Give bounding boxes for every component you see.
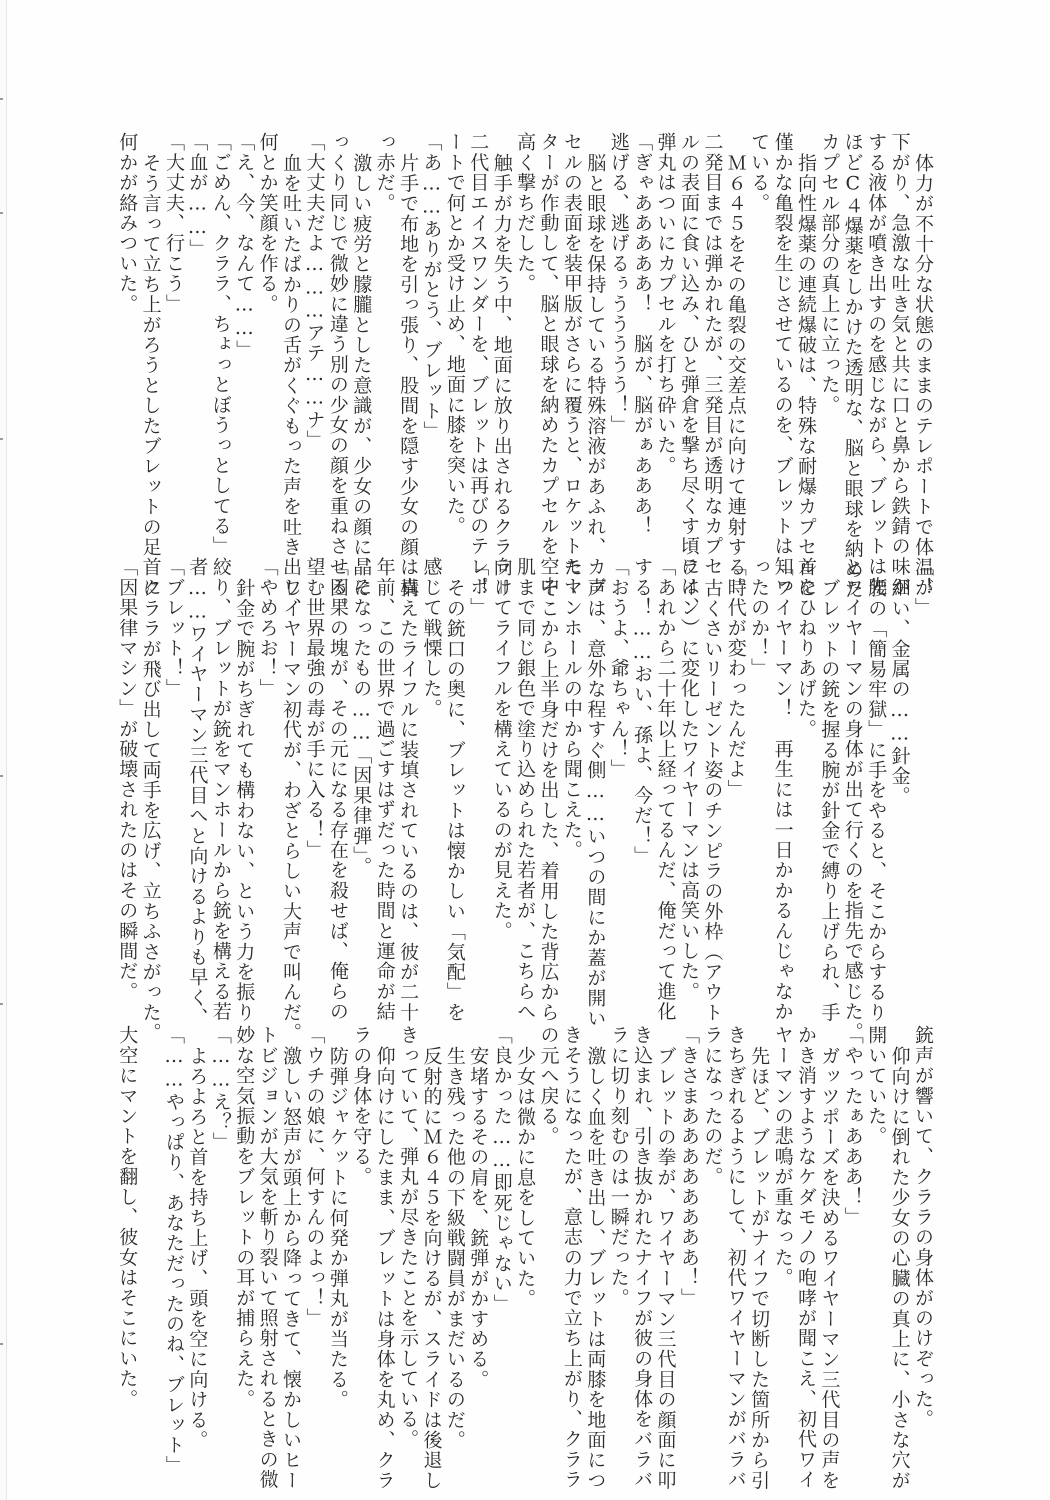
text-line: 防弾ジャケットに何発か弾丸が当たる。 <box>325 1025 348 1455</box>
text-line: 感じて戦慄した。 <box>419 557 442 987</box>
text-line: 「大丈夫、行こう」 <box>162 132 185 527</box>
text-line: 「ぎゃあああああ！ 脳が、脳がぁあああ！ <box>630 132 653 527</box>
text-line: ルの表面に食い込み、ひと弾倉を撃ち尽くす頃には、 <box>677 132 700 527</box>
text-line: 首をひねりあげた。 <box>794 557 817 987</box>
text-line: 「あ……ありがとう、ブレット」 <box>419 132 442 527</box>
text-line: 「因果律マシン」が破壊されたのはその瞬間だ。 <box>115 557 138 987</box>
text-line: たマンホールの中から聞こえた。 <box>560 557 583 987</box>
text-line: 「あれから二十年以上経ってるんだ、俺だって進化 <box>653 557 676 987</box>
text-line: 激しい怒声が頭上から降ってきて、懐かしいヒー <box>279 1025 302 1455</box>
text-line: 血を吐いたばかりの舌がくぐもった声を吐き出し、 <box>279 132 302 527</box>
text-line: 絞り、ブレットが銃をマンホールから銃を構える若 <box>208 557 231 987</box>
text-line: ている。 <box>747 132 770 527</box>
text-line: 妙な空気振動をブレットの耳が捕らえた。 <box>232 1025 255 1455</box>
text-line: ガッツポーズを決めるワイヤーマン三代目の声を <box>817 1025 840 1455</box>
text-line: 者……ワイヤーマン三代目へと向けるよりも早く、 <box>185 557 208 987</box>
text-line: ったのか！」 <box>747 557 770 987</box>
text-line: 開いていた。 <box>864 1025 887 1455</box>
text-line: 激しく血を吐き出し、ブレットは両膝を地面につ <box>583 1025 606 1455</box>
text-block-middle: 「！」細い、金属の……針金。腰の「簡易牢獄」に手をやると、そこからするりとワイヤ… <box>104 557 934 987</box>
text-line: 少女は微かに息をしていた。 <box>513 1025 536 1455</box>
text-line: 「良かった……即死じゃない」 <box>489 1025 512 1455</box>
text-line: ラになったのだ。 <box>700 1025 723 1455</box>
text-line: ヤーマンの悲鳴が重なった。 <box>770 1025 793 1455</box>
text-line: 指向性爆薬の連続爆破は、特殊な耐爆カプセルに <box>794 132 817 527</box>
text-line: 何かが絡みついた。 <box>115 132 138 527</box>
text-line: ワイヤーマン初代が、わざとらしい大声で叫んだ。 <box>279 557 302 987</box>
text-line: 激しい疲労と朦朧とした意識が、少女の顔に、そ <box>349 132 372 527</box>
text-line: 「！」 <box>911 557 934 987</box>
text-line: ブレットの拳が、ワイヤーマン三代目の顔面に叩 <box>653 1025 676 1455</box>
text-line: 触手が力を失う中、地面に放り出されるクララ＝ <box>489 132 512 527</box>
text-line: 「！」 <box>466 557 489 987</box>
text-line: 何とか笑顔を作る。 <box>255 132 278 527</box>
text-line: 年前、この世界で過ごすはずだった時間と運命が結 <box>372 557 395 987</box>
text-line: 細い、金属の……針金。 <box>887 557 910 987</box>
text-line: 晶になったもの……「因果律弾」。 <box>349 557 372 987</box>
text-block-top: 体力が不十分な状態のままのテレポートで体温が下がり、急激な吐き気と共に口と鼻から… <box>104 132 934 527</box>
text-line: 構えたライフルに装填されているのは、彼が二十 <box>396 557 419 987</box>
text-line: 生き残った他の下級戦闘員がまだいるのだ。 <box>442 1025 465 1455</box>
text-line: よろよろと首を持ち上げ、頭を空に向ける。 <box>185 1025 208 1455</box>
binding-mark <box>0 1343 3 1345</box>
text-line: ートで何とか受け止め、地面に膝を突いた。 <box>442 132 465 527</box>
binding-mark <box>0 775 3 777</box>
text-line: 「ワイヤーマン！ 再生には一日かかるんじゃなか <box>770 557 793 987</box>
text-line: そこから上半身だけを出した、着用した背広から <box>536 557 559 987</box>
text-line: 「やったぁあああ！」 <box>840 1025 863 1455</box>
text-line: 仰向けに倒れた少女の心臓の真上に、小さな穴が <box>887 1025 910 1455</box>
text-line: 肌まで同じ銀色で塗り込められた若者が、こちらへ <box>513 557 536 987</box>
text-line: 下がり、急激な吐き気と共に口と鼻から鉄錆の味が <box>887 132 910 527</box>
text-line: っくり同じで微妙に違う別の少女の顔を重ねさせる。 <box>325 132 348 527</box>
text-line: ライン）に変化したワイヤーマンは高笑いした。 <box>677 557 700 987</box>
text-line: 腰の「簡易牢獄」に手をやると、そこからするり <box>864 557 887 987</box>
text-line: 安堵するその肩を、銃弾がかすめる。 <box>466 1025 489 1455</box>
document-page: 体力が不十分な状態のままのテレポートで体温が下がり、急激な吐き気と共に口と鼻から… <box>0 0 1050 1500</box>
text-line: ラに切り刻むのは一瞬だった。 <box>606 1025 629 1455</box>
text-line: 弾丸はついにカプセルを打ち砕いた。 <box>653 132 676 527</box>
text-line: 望む世界最強の毒が手に入る！」 <box>302 557 325 987</box>
text-line: 向けてライフルを構えているのが見えた。 <box>489 557 512 987</box>
text-line: とワイヤーマンの身体が出て行くのを指先で感じた。 <box>840 557 863 987</box>
text-line: その銃口の奥に、ブレットは懐かしい「気配」を <box>442 557 465 987</box>
text-line: 「時代が変わったんだよ」 <box>723 557 746 987</box>
text-line: セルの表面を装甲版がさらに覆うと、ロケットモー <box>560 132 583 527</box>
text-line: 声は、意外な程すぐ側……いつの間にか蓋が開い <box>583 557 606 987</box>
text-line: 「血が……」 <box>185 132 208 527</box>
text-line: 「やめろお！」 <box>255 557 278 987</box>
text-line: 「おうよ、爺ちゃん！」 <box>606 557 629 987</box>
text-line: 針金で腕がちぎれても構わない、という力を振り <box>232 557 255 987</box>
text-line: 「……え？」 <box>208 1025 231 1455</box>
text-line: Ｍ６４５をその亀裂の交差点に向けて連射する。 <box>723 132 746 527</box>
text-line: 銃声が響いて、クララの身体がのけぞった。 <box>911 1025 934 1455</box>
text-line: 「……やっぱり、あなただったのね、ブレット」 <box>162 1025 185 1455</box>
text-line: っ赤だ。 <box>372 132 395 527</box>
binding-mark <box>0 98 3 100</box>
text-line: 仰向けにしたまま、ブレットは身体を丸め、クラ <box>372 1025 395 1455</box>
text-line: 高く撃ちだした。 <box>513 132 536 527</box>
text-block-bottom: 銃声が響いて、クララの身体がのけぞった。仰向けに倒れた少女の心臓の真上に、小さな… <box>104 1025 934 1455</box>
text-line: 二代目エイスワンダーを、ブレットは再びのテレポ <box>466 132 489 527</box>
text-line: 大空にマントを翻し、彼女はそこにいた。 <box>115 1025 138 1455</box>
text-line: 先ほど、ブレットがナイフで切断した箇所から引 <box>747 1025 770 1455</box>
text-line: カプセル部分の真上に立った。 <box>817 132 840 527</box>
text-line: 反射的にＭ６４５を向けるが、スライドは後退し <box>419 1025 442 1455</box>
text-line: 脳と眼球を保持している特殊溶液があふれ、カプ <box>583 132 606 527</box>
page-binding-edge <box>0 0 7 1500</box>
text-line: 「ごめん、クララ、ちょっとぼうっとしてる」 <box>208 132 231 527</box>
text-line: 「ウチの娘に、何すんのよっ！」 <box>302 1025 325 1455</box>
text-line: 逃げる、逃げるぅううううう！」 <box>606 132 629 527</box>
text-line: かき消すようなケダモノの咆哮が聞こえ、初代ワイ <box>794 1025 817 1455</box>
text-line: の元へ戻る。 <box>536 1025 559 1455</box>
text-line: ラの身体を守る。 <box>349 1025 372 1455</box>
text-line: 「ブレット！」 <box>162 557 185 987</box>
text-line: ターが作動して、脳と眼球を納めたカプセルを空中 <box>536 132 559 527</box>
text-line: 「因果の塊が、その元になる存在を殺せば、俺らの <box>325 557 348 987</box>
text-line: 「え、今、なんて……」 <box>232 132 255 527</box>
text-line: 古くさいリーゼント姿のチンピラの外枠（アウト <box>700 557 723 987</box>
text-line: ​ <box>138 1025 161 1455</box>
text-line: 体力が不十分な状態のままのテレポートで体温が <box>911 132 934 527</box>
text-line: 僅かな亀裂を生じさせているのを、ブレットは知っ <box>770 132 793 527</box>
text-line: クララが飛び出して両手を広げ、立ちふさがった。 <box>138 557 161 987</box>
text-line: きそうになったが、意志の力で立ち上がり、クララ <box>560 1025 583 1455</box>
text-line: ブレットの銃を握る腕が針金で縛り上げられ、手 <box>817 557 840 987</box>
text-line: き込まれ、引き抜かれたナイフが彼の身体をバラバ <box>630 1025 653 1455</box>
text-line: する液体が噴き出すのを感じながら、ブレットは先 <box>864 132 887 527</box>
text-line: きっていて、弾丸が尽きたことを示している。 <box>396 1025 419 1455</box>
text-line: そう言って立ち上がろうとしたブレットの足首に <box>138 132 161 527</box>
binding-mark <box>0 212 3 214</box>
text-line: 「大丈夫だよ………アテ……ナ」 <box>302 132 325 527</box>
text-line: 二発目までは弾かれたが、三発目が透明なカプセ <box>700 132 723 527</box>
binding-mark <box>0 438 3 440</box>
text-line: する！……おい、孫よ、今だ！」 <box>630 557 653 987</box>
text-line: 片手で布地を引っ張り、股間を隠す少女の顔は真 <box>396 132 419 527</box>
text-line: ほどC４爆薬をしかけた透明な、脳と眼球を納めた <box>840 132 863 527</box>
text-line: きちぎれるようにして、初代ワイヤーマンがバラバ <box>723 1025 746 1455</box>
binding-mark <box>0 1003 3 1005</box>
text-line: トビジョンが大気を斬り裂いて照射されるときの微 <box>255 1025 278 1455</box>
text-line: 「きさまああああああああ！」 <box>677 1025 700 1455</box>
